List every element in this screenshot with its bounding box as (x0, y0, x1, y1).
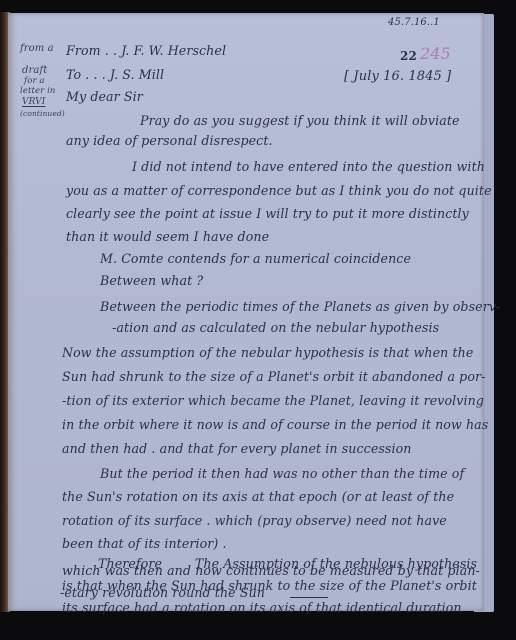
from-line: From . . J. F. W. Herschel (66, 43, 226, 58)
text-line: I did not intend to have entered into th… (132, 159, 485, 174)
text-line: its surface had a rotation on its axis o… (62, 600, 462, 615)
text-line: -etary revolution round the Sun (60, 585, 265, 600)
text-line: -tion of its exterior which became the P… (62, 393, 484, 408)
text-line: than it would seem I have done (66, 229, 269, 244)
text-line: any idea of personal disrespect. (66, 133, 273, 148)
text-line: -ation and as calculated on the nebular … (112, 320, 439, 335)
margin-line: (continued) (20, 108, 65, 119)
margin-line: from a (20, 43, 54, 54)
text-line: Now the assumption of the nebular hypoth… (62, 345, 473, 360)
text-line: Pray do as you suggest if you think it w… (140, 113, 460, 128)
margin-line: letter in (20, 86, 55, 97)
text-line: which was then and now continues to be m… (62, 563, 480, 578)
text-line: Between the periodic times of the Planet… (100, 299, 500, 314)
margin-line: draft (22, 65, 47, 76)
text-line: in the orbit where it now is and of cour… (62, 417, 488, 432)
to-line: To . . . J. S. Mill (66, 67, 164, 82)
text-line: Sun had shrunk to the size of a Planet's… (62, 369, 486, 384)
text-line: and then had . and that for every planet… (62, 441, 412, 456)
text-line: Between what ? (100, 273, 203, 288)
text-line: rotation of its surface . which (pray ob… (62, 513, 447, 528)
text-line: the Sun's rotation on its axis at that e… (62, 489, 454, 504)
text-line: been that of its interior) . (62, 536, 227, 551)
text-line: M. Comte contends for a numerical coinci… (100, 251, 411, 266)
manuscript-page: 45.7.16..1 22 245 [ July 16. 1845 ] from… (8, 13, 484, 611)
scanned-manuscript: 45.7.16..1 22 245 [ July 16. 1845 ] from… (0, 0, 516, 640)
folio-pencil-number: 245 (420, 44, 451, 63)
text-line: clearly see the point at issue I will tr… (66, 206, 469, 221)
archive-reference: 45.7.16..1 (388, 17, 440, 28)
salutation: My dear Sir (66, 89, 143, 104)
text-line: But the period it then had was no other … (100, 466, 464, 481)
closing-rule (290, 597, 328, 598)
text-line: you as a matter of correspondence but as… (66, 183, 492, 198)
letter-date: [ July 16. 1845 ] (344, 69, 451, 84)
folio-number: 22 (400, 49, 417, 63)
margin-line: VRVI (22, 97, 45, 108)
